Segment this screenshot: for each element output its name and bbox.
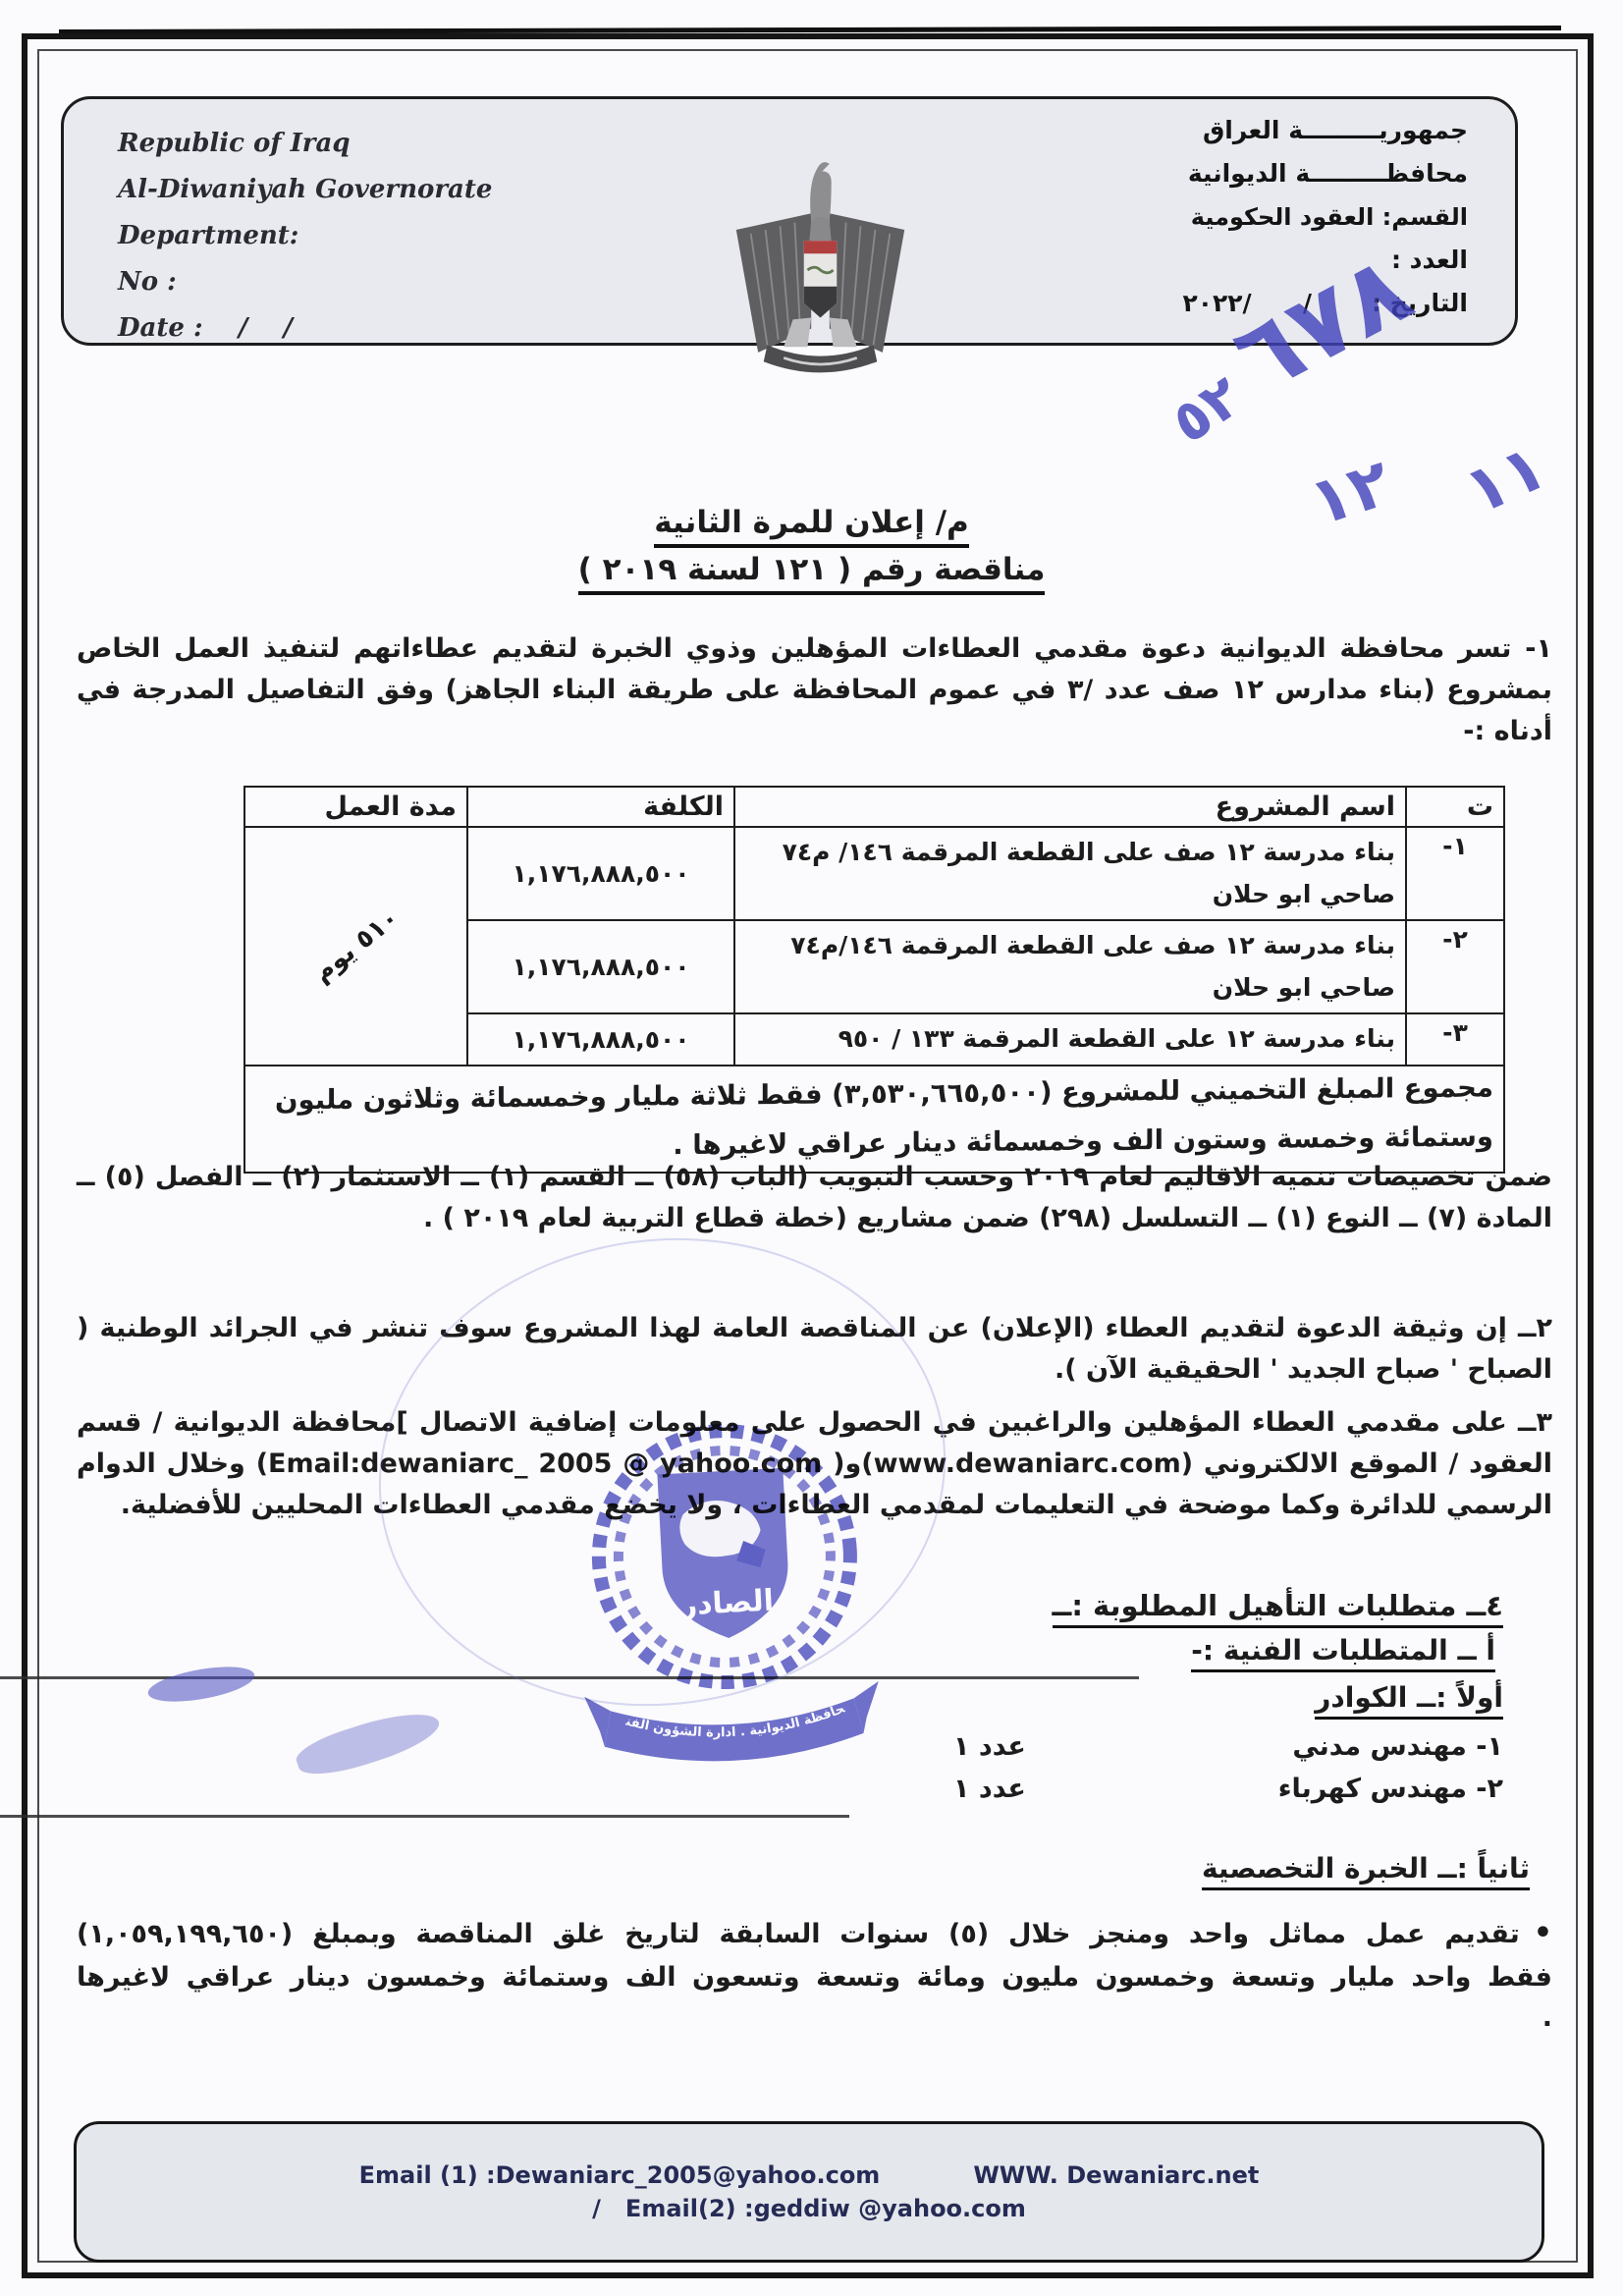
row-seq: ٢- <box>1406 920 1504 1013</box>
col-header-cost: الكلفة <box>467 787 734 827</box>
number-label-ar: العدد : <box>1182 239 1468 282</box>
experience-bullet-paragraph: •تقديم عمل مماثل واحد ومنجز خلال (٥) سنو… <box>77 1911 1552 2039</box>
cadre-label: ١- مهندس مدني <box>1292 1731 1503 1762</box>
official-stamp: الصادر محافظة الديوانية . ادارة الشؤون ا… <box>559 1387 893 1805</box>
footer-contact-box: Email (1) :Dewaniarc_2005@yahoo.com WWW.… <box>74 2121 1544 2263</box>
row-cost: ١,١٧٦,٨٨٨,٥٠٠ <box>467 827 734 920</box>
footer-website: WWW. Dewaniarc.net <box>973 2161 1259 2189</box>
row-cost: ١,١٧٦,٨٨٨,٥٠٠ <box>467 920 734 1013</box>
row-seq: ١- <box>1406 827 1504 920</box>
col-header-project: اسم المشروع <box>734 787 1406 827</box>
number-label-en: No : <box>118 259 492 305</box>
stamp-center-text: الصادر <box>677 1584 775 1623</box>
duration-cell: ٥١٠ يوم <box>244 827 467 1066</box>
footer-email-2: / Email(2) :geddiw @yahoo.com <box>592 2195 1026 2222</box>
technical-heading-text: أ ــ المتطلبات الفنية :- <box>1191 1634 1495 1672</box>
cadre-count: عدد ١ <box>953 1774 1026 1804</box>
org-name-ar: جمهوريـــــــــة العراق <box>1182 109 1468 152</box>
row-cost: ١,١٧٦,٨٨٨,٥٠٠ <box>467 1013 734 1066</box>
title-line-1: م/ إعلان للمرة الثانية <box>654 505 969 548</box>
cadre-row: ١- مهندس مدني عدد ١ <box>953 1731 1503 1762</box>
col-header-seq: ت <box>1406 787 1504 827</box>
footer-email-1: Email (1) :Dewaniarc_2005@yahoo.com <box>359 2161 881 2189</box>
table-header-row: ت اسم المشروع الكلفة مدة العمل <box>244 787 1504 827</box>
document-title: م/ إعلان للمرة الثانية مناقصة رقم ( ١٢١ … <box>0 503 1623 597</box>
cadre-label: ٢- مهندس كهرباء <box>1278 1774 1503 1804</box>
specialized-heading-text: ثانياً :ــ الخبرة التخصصية <box>1202 1852 1530 1890</box>
org-name-en: Republic of Iraq <box>118 121 492 167</box>
cadres-heading: أولاً :ــ الكوادر <box>1315 1681 1503 1714</box>
governorate-en: Al-Diwaniyah Governorate <box>118 167 492 213</box>
letterhead-english: Republic of Iraq Al-Diwaniyah Governorat… <box>118 121 492 352</box>
cadre-row: ٢- مهندس كهرباء عدد ١ <box>953 1774 1503 1804</box>
experience-bullet-text: تقديم عمل مماثل واحد ومنجز خلال (٥) سنوا… <box>77 1919 1552 2033</box>
row-seq: ٣- <box>1406 1013 1504 1066</box>
bullet-icon: • <box>1534 1916 1552 1950</box>
governorate-ar: محافظـــــــــة الديوانية <box>1182 152 1468 195</box>
row-project: بناء مدرسة ١٢ صف على القطعة المرقمة ١٤٦/… <box>734 920 1406 1013</box>
department-ar: القسم: العقود الحكومية <box>1182 195 1468 239</box>
qualification-heading: ٤ــ متطلبات التأهيل المطلوبة :ــ <box>1053 1589 1504 1622</box>
table-row: ١- بناء مدرسة ١٢ صف على القطعة المرقمة ١… <box>244 827 1504 920</box>
projects-table: ت اسم المشروع الكلفة مدة العمل ١- بناء م… <box>243 786 1505 1174</box>
letterhead-arabic: جمهوريـــــــــة العراق محافظـــــــــة … <box>1182 109 1468 325</box>
cadre-count: عدد ١ <box>953 1731 1026 1762</box>
cadres-heading-text: أولاً :ــ الكوادر <box>1315 1681 1503 1720</box>
row-project: بناء مدرسة ١٢ صف على القطعة المرقمة ١٤٦/… <box>734 827 1406 920</box>
allocations-paragraph: ضمن تخصيصات تنمية الاقاليم لعام ٢٠١٩ وحس… <box>77 1157 1552 1239</box>
technical-requirements-heading: أ ــ المتطلبات الفنية :- <box>1191 1634 1495 1667</box>
title-line-2: مناقصة رقم ( ١٢١ لسنة ٢٠١٩ ) <box>578 552 1046 595</box>
intro-paragraph: ١- تسر محافظة الديوانية دعوة مقدمي العطا… <box>77 629 1552 752</box>
letterhead-box: Republic of Iraq Al-Diwaniyah Governorat… <box>61 96 1518 346</box>
duration-value: ٥١٠ يوم <box>307 903 405 988</box>
qualification-heading-text: ٤ــ متطلبات التأهيل المطلوبة :ــ <box>1053 1589 1504 1628</box>
scan-line-2 <box>0 1815 849 1818</box>
specialized-experience-heading: ثانياً :ــ الخبرة التخصصية <box>1202 1852 1530 1885</box>
col-header-duration: مدة العمل <box>244 787 467 827</box>
row-project: بناء مدرسة ١٢ على القطعة المرقمة ١٣٣ / ٩… <box>734 1013 1406 1066</box>
iraq-eagle-emblem-icon <box>720 129 921 399</box>
scanned-document-page: Republic of Iraq Al-Diwaniyah Governorat… <box>0 0 1623 2296</box>
date-label-en: Date : / / <box>118 305 492 352</box>
department-label-en: Department: <box>118 213 492 259</box>
date-label-ar: التاريخ : / /٢٠٢٢ <box>1182 282 1468 325</box>
